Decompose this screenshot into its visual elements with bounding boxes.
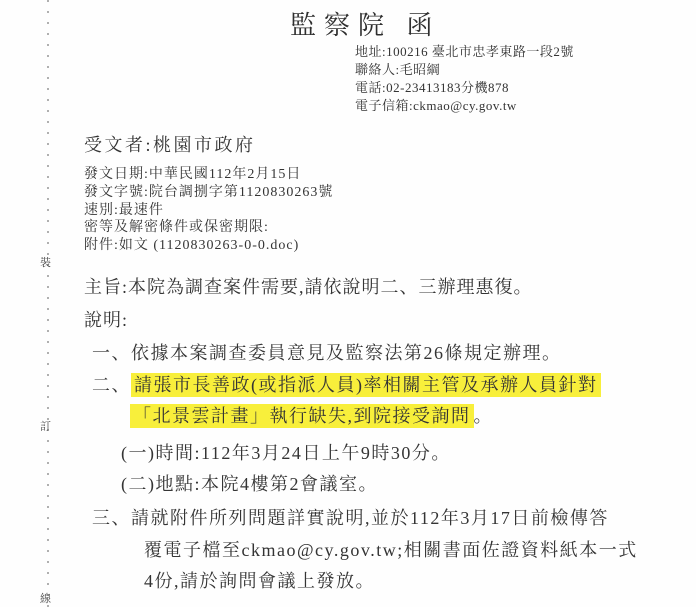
priority-line: 速別:最速件: [84, 202, 333, 220]
item2-sub1-time: (一)時間:112年3月24日上午9時30分。: [121, 439, 451, 465]
item2-highlight-line1: 請張市長善政(或指派人員)率相關主管及承辦人員針對: [131, 373, 601, 397]
explanation-label: 說明:: [84, 306, 128, 332]
explanation-item-3-line1: 三、請就附件所列問題詳實說明,並於112年3月17日前檢傳答: [92, 504, 609, 530]
subject-line: 主旨:本院為調查案件需要,請依說明二、三辦理惠復。: [84, 273, 533, 299]
attachment-line: 附件:如文 (1120830263-0-0.doc): [84, 237, 333, 255]
item2-sub2-location: (二)地點:本院4樓第2會議室。: [121, 470, 378, 496]
contact-phone: 電話:02-23413183分機878: [355, 79, 574, 97]
recipient-line: 受文者:桃園市政府: [84, 131, 256, 157]
item3-number: 三、: [92, 508, 131, 528]
doc-number-line: 發文字號:院台調捌字第1120830263號: [84, 184, 333, 202]
document-title: 監察院 函: [290, 5, 441, 42]
contact-person: 聯絡人:毛昭綱: [355, 61, 574, 79]
security-line: 密等及解密條件或保密期限:: [84, 219, 333, 237]
explanation-item-2-line2: 「北景雲計畫」執行缺失,到院接受詢問。: [130, 402, 493, 428]
explanation-item-1: 一、依據本案調查委員意見及監察法第26條規定辦理。: [92, 339, 562, 365]
contact-address: 地址:100216 臺北市忠孝東路一段2號: [355, 43, 574, 61]
explanation-item-3-line2: 覆電子檔至ckmao@cy.gov.tw;相關書面佐證資料紙本一式: [144, 536, 638, 562]
metadata-block: 發文日期:中華民國112年2月15日 發文字號:院台調捌字第1120830263…: [84, 166, 333, 255]
item3-text-line1: 請就附件所列問題詳實說明,並於112年3月17日前檢傳答: [131, 508, 609, 528]
issue-date-line: 發文日期:中華民國112年2月15日: [84, 166, 333, 184]
contact-info-block: 地址:100216 臺北市忠孝東路一段2號 聯絡人:毛昭綱 電話:02-2341…: [355, 43, 574, 115]
item2-highlight-line2: 「北景雲計畫」執行缺失,到院接受詢問: [130, 404, 474, 428]
explanation-item-3-line3: 4份,請於詢問會議上發放。: [144, 567, 375, 593]
binding-mark-xian: 線: [40, 590, 51, 606]
binding-mark-ding: 訂: [40, 418, 51, 434]
binding-mark-zhuang: 裝: [40, 254, 51, 270]
item2-line2-period: 。: [474, 406, 494, 426]
item1-text: 依據本案調查委員意見及監察法第26條規定辦理。: [131, 343, 562, 363]
contact-email: 電子信箱:ckmao@cy.gov.tw: [355, 97, 574, 115]
explanation-item-2-line1: 二、請張市長善政(或指派人員)率相關主管及承辦人員針對: [92, 371, 601, 397]
item1-number: 一、: [92, 343, 131, 363]
item2-number: 二、: [92, 375, 131, 395]
binding-dotted-line: [47, 0, 49, 607]
scanned-official-letter: 裝 訂 線 監察院 函 地址:100216 臺北市忠孝東路一段2號 聯絡人:毛昭…: [0, 0, 696, 607]
